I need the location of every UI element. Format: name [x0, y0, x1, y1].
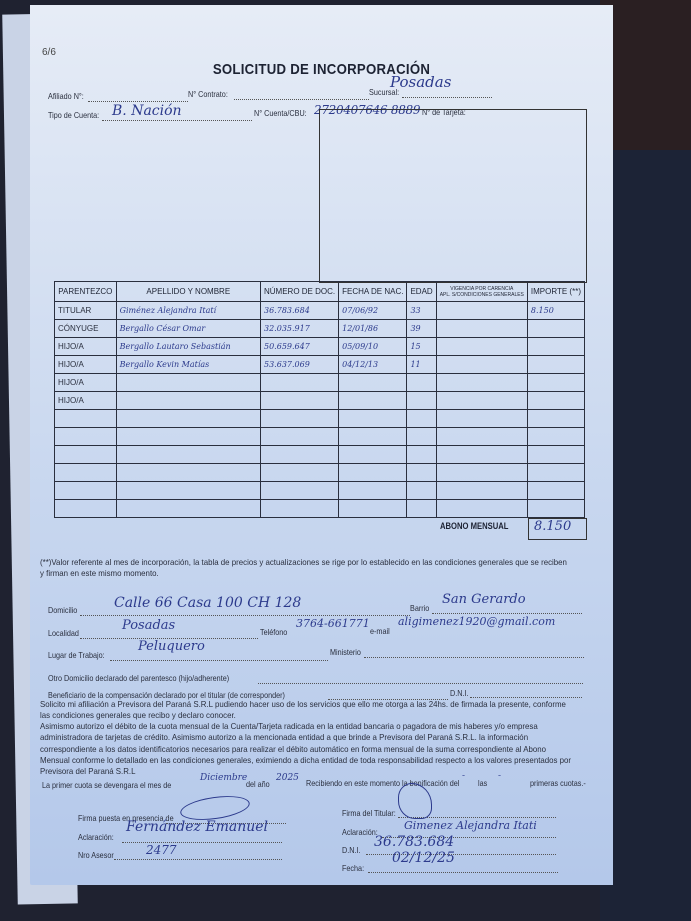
edad-cell[interactable] [407, 428, 436, 446]
vigencia-cell[interactable] [436, 482, 527, 500]
titular-dni-value: 36.783.684 [374, 834, 454, 850]
parentezco-cell[interactable]: CÓNYUGE [55, 320, 117, 338]
fecha-cell[interactable] [339, 410, 407, 428]
edad-cell[interactable] [407, 374, 436, 392]
edad-cell[interactable]: 39 [407, 320, 436, 338]
fecha-cell[interactable]: 04/12/13 [339, 356, 407, 374]
bonificacion-value: - [462, 771, 465, 781]
edad-cell[interactable] [407, 482, 436, 500]
doc-cell[interactable] [261, 410, 339, 428]
tipo-cuenta-field[interactable] [102, 120, 252, 121]
importe-cell[interactable] [527, 464, 584, 482]
doc-cell[interactable] [261, 446, 339, 464]
parentezco-cell[interactable]: HIJO/A [55, 392, 117, 410]
table-row [55, 410, 585, 428]
cuota-anio-value: 2025 [276, 773, 299, 783]
tipo-cuenta-label: Tipo de Cuenta: [48, 110, 99, 120]
edad-cell[interactable] [407, 446, 436, 464]
nombre-cell[interactable]: Giménez Alejandra Itatí [116, 302, 260, 320]
fecha-cell[interactable] [339, 374, 407, 392]
importe-cell[interactable] [527, 500, 584, 518]
barrio-label: Barrio [410, 603, 429, 613]
header-importe: IMPORTE (**) [527, 282, 584, 302]
doc-cell[interactable] [261, 392, 339, 410]
fecha-cell[interactable]: 05/09/10 [339, 338, 407, 356]
family-members-table: PARENTEZCO APELLIDO Y NOMBRE NÚMERO DE D… [54, 281, 585, 518]
parentezco-cell[interactable] [55, 500, 117, 518]
contrato-field[interactable] [234, 99, 369, 100]
edad-cell[interactable] [407, 464, 436, 482]
table-row: CÓNYUGEBergallo César Omar32.035.91712/0… [55, 320, 585, 338]
importe-cell[interactable] [527, 446, 584, 464]
importe-cell[interactable] [527, 320, 584, 338]
doc-cell[interactable]: 50.659.647 [261, 338, 339, 356]
nombre-cell[interactable]: Bergallo Kevin Matías [116, 356, 260, 374]
las-label: las [478, 778, 487, 788]
doc-cell[interactable]: 53.637.069 [261, 356, 339, 374]
cuota-anio-label: del año [246, 779, 270, 789]
nro-asesor-label: Nro Asesor [78, 850, 114, 860]
edad-cell[interactable] [407, 410, 436, 428]
parentezco-cell[interactable] [55, 464, 117, 482]
fecha-value: 02/12/25 [392, 850, 455, 866]
otro-domicilio-label: Otro Domicilio declarado del parentesco … [48, 673, 229, 683]
vigencia-cell[interactable] [436, 410, 527, 428]
lugar-trabajo-value: Peluquero [138, 639, 205, 654]
parentezco-cell[interactable] [55, 446, 117, 464]
importe-cell[interactable] [527, 356, 584, 374]
localidad-label: Localidad [48, 628, 79, 638]
price-footnote: (**)Valor referente al mes de incorporac… [40, 557, 572, 580]
legal-text-affiliation: Solicito mi afiliación a Previsora del P… [40, 699, 572, 722]
background-surface [600, 150, 691, 921]
vigencia-cell[interactable] [436, 464, 527, 482]
vigencia-cell[interactable] [436, 500, 527, 518]
vigencia-cell[interactable] [436, 446, 527, 464]
nombre-cell[interactable] [116, 428, 260, 446]
vigencia-cell[interactable] [436, 302, 527, 320]
header-apellido-nombre: APELLIDO Y NOMBRE [116, 282, 260, 302]
sucursal-value: Posadas [390, 73, 451, 91]
doc-cell[interactable] [261, 428, 339, 446]
doc-cell[interactable] [261, 482, 339, 500]
header-vigencia: VIGENCIA POR CARENCIA APL. S/CONDICIONES… [436, 282, 527, 302]
aclaracion-titular-label: Aclaración: [342, 827, 378, 837]
edad-cell[interactable]: 33 [407, 302, 436, 320]
firma-titular-label: Firma del Titular: [342, 808, 396, 818]
importe-cell[interactable] [527, 410, 584, 428]
doc-cell[interactable]: 32.035.917 [261, 320, 339, 338]
table-row: HIJO/A [55, 374, 585, 392]
vigencia-title: VIGENCIA POR CARENCIA [440, 286, 524, 292]
cuota-mes-value: Diciembre [200, 773, 247, 783]
cuota-suffix: primeras cuotas.- [530, 778, 586, 788]
header-edad: EDAD [407, 282, 436, 302]
beneficiario-dni-field[interactable] [470, 697, 582, 698]
cuenta-cbu-label: N° Cuenta/CBU: [254, 108, 307, 118]
localidad-value: Posadas [122, 618, 175, 633]
nombre-cell[interactable] [116, 446, 260, 464]
fecha-cell[interactable] [339, 446, 407, 464]
vigencia-cell[interactable] [436, 320, 527, 338]
doc-cell[interactable] [261, 464, 339, 482]
parentezco-cell[interactable] [55, 410, 117, 428]
parentezco-cell[interactable]: HIJO/A [55, 338, 117, 356]
doc-cell[interactable]: 36.783.684 [261, 302, 339, 320]
parentezco-cell[interactable]: TITULAR [55, 302, 117, 320]
contrato-label: N° Contrato: [188, 89, 228, 99]
cuota-prefix: La primer cuota se devengara el mes de [42, 780, 171, 790]
header-numero-doc: NÚMERO DE DOC. [261, 282, 339, 302]
fecha-cell[interactable] [339, 464, 407, 482]
importe-cell[interactable] [527, 374, 584, 392]
nro-asesor-value: 2477 [146, 843, 177, 857]
email-label: e-mail [370, 626, 390, 636]
parentezco-cell[interactable] [55, 482, 117, 500]
nombre-cell[interactable] [116, 374, 260, 392]
table-row: HIJO/ABergallo Kevin Matías53.637.06904/… [55, 356, 585, 374]
edad-cell[interactable] [407, 392, 436, 410]
importe-cell[interactable] [527, 392, 584, 410]
aclaracion-titular-value: Gimenez Alejandra Itati [404, 819, 537, 832]
fecha-label: Fecha: [342, 863, 364, 873]
parentezco-cell[interactable] [55, 428, 117, 446]
domicilio-field[interactable] [80, 615, 410, 616]
nombre-cell[interactable]: Bergallo César Omar [116, 320, 260, 338]
importe-cell[interactable]: 8.150 [527, 302, 584, 320]
vigencia-cell[interactable] [436, 392, 527, 410]
domicilio-label: Domicilio [48, 605, 77, 615]
fecha-cell[interactable]: 07/06/92 [339, 302, 407, 320]
table-row [55, 464, 585, 482]
header-parentezco: PARENTEZCO [55, 282, 117, 302]
fecha-cell[interactable] [339, 500, 407, 518]
bonificacion-text: Recibiendo en este momento la bonificaci… [306, 778, 459, 788]
edad-cell[interactable]: 15 [407, 338, 436, 356]
beneficiario-dni-label: D.N.I. [450, 688, 468, 698]
lugar-trabajo-label: Lugar de Trabajo: [48, 650, 105, 660]
telefono-value: 3764-661771 [296, 617, 370, 630]
table-row [55, 446, 585, 464]
otro-domicilio-field[interactable] [258, 683, 583, 684]
vigencia-cell[interactable] [436, 338, 527, 356]
background-surface [600, 0, 691, 150]
holder-signature [398, 783, 432, 819]
doc-cell[interactable] [261, 500, 339, 518]
vigencia-subtitle: APL. S/CONDICIONES GENERALES [440, 292, 524, 298]
afiliado-label: Afiliado N°: [48, 91, 84, 101]
ministerio-field[interactable] [364, 657, 584, 658]
fecha-field[interactable] [368, 872, 558, 873]
parentezco-cell[interactable]: HIJO/A [55, 374, 117, 392]
lugar-trabajo-field[interactable] [110, 660, 328, 661]
las-value: - [498, 771, 501, 781]
ministerio-label: Ministerio [330, 647, 361, 657]
abono-mensual-value: 8.150 [534, 519, 571, 534]
importe-cell[interactable] [527, 338, 584, 356]
doc-cell[interactable] [261, 374, 339, 392]
vigencia-cell[interactable] [436, 428, 527, 446]
email-value: aligimenez1920@gmail.com [398, 615, 555, 628]
abono-mensual-label: ABONO MENSUAL [440, 521, 508, 531]
application-form-sheet: 6/6 SOLICITUD DE INCORPORACIÓN Afiliado … [30, 5, 613, 885]
header-fecha-nac: FECHA DE NAC. [339, 282, 407, 302]
nombre-cell[interactable] [116, 392, 260, 410]
table-row: TITULARGiménez Alejandra Itatí36.783.684… [55, 302, 585, 320]
nombre-cell[interactable] [116, 464, 260, 482]
fecha-cell[interactable] [339, 428, 407, 446]
aclaracion-asesor-value: Fernández Emanuel [126, 819, 268, 835]
nombre-cell[interactable]: Bergallo Lautaro Sebastián [116, 338, 260, 356]
card-photo-box [319, 109, 587, 283]
afiliado-field[interactable] [88, 101, 188, 102]
sucursal-field[interactable] [402, 97, 492, 98]
barrio-field[interactable] [432, 613, 582, 614]
importe-cell[interactable] [527, 482, 584, 500]
table-row: HIJO/A [55, 392, 585, 410]
fecha-cell[interactable]: 12/01/86 [339, 320, 407, 338]
vigencia-cell[interactable] [436, 356, 527, 374]
barrio-value: San Gerardo [442, 592, 526, 607]
page-number: 6/6 [42, 47, 56, 58]
aclaracion-asesor-label: Aclaración: [78, 832, 114, 842]
titular-dni-label: D.N.I. [342, 845, 360, 855]
table-row [55, 500, 585, 518]
importe-cell[interactable] [527, 428, 584, 446]
nombre-cell[interactable] [116, 500, 260, 518]
form-title: SOLICITUD DE INCORPORACIÓN [65, 61, 578, 78]
table-header-row: PARENTEZCO APELLIDO Y NOMBRE NÚMERO DE D… [55, 282, 585, 302]
table-row [55, 428, 585, 446]
edad-cell[interactable] [407, 500, 436, 518]
fecha-cell[interactable] [339, 392, 407, 410]
legal-text-debit: Asimismo autorizo el débito de la cuota … [40, 721, 572, 777]
vigencia-cell[interactable] [436, 374, 527, 392]
nro-asesor-field[interactable] [114, 859, 282, 860]
table-row: HIJO/ABergallo Lautaro Sebastián50.659.6… [55, 338, 585, 356]
domicilio-value: Calle 66 Casa 100 CH 128 [114, 595, 301, 611]
edad-cell[interactable]: 11 [407, 356, 436, 374]
parentezco-cell[interactable]: HIJO/A [55, 356, 117, 374]
table-row [55, 482, 585, 500]
telefono-label: Teléfono [260, 627, 287, 637]
nombre-cell[interactable] [116, 410, 260, 428]
fecha-cell[interactable] [339, 482, 407, 500]
tipo-cuenta-value: B. Nación [112, 103, 182, 119]
nombre-cell[interactable] [116, 482, 260, 500]
